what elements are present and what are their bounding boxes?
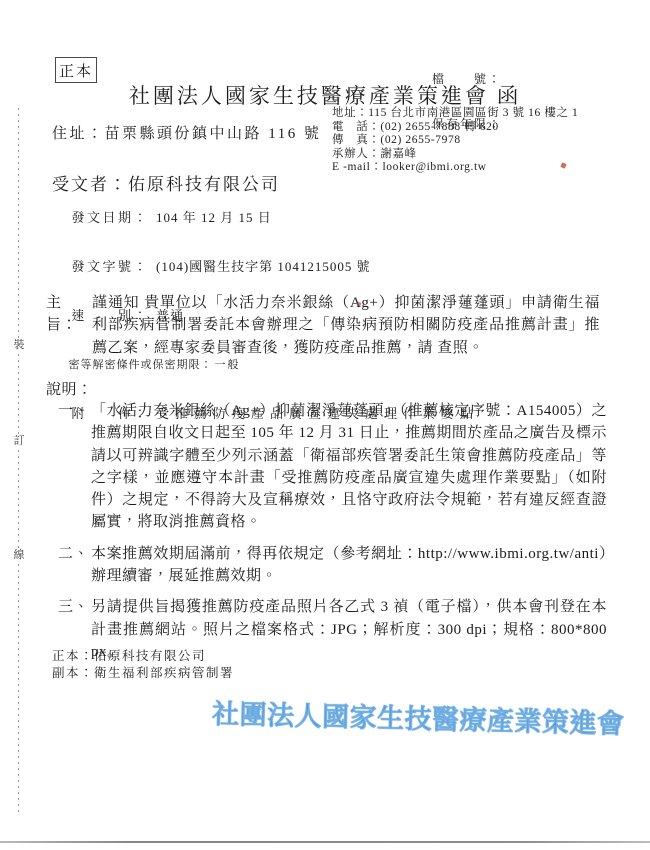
item-2-text: 本案推薦效期屆滿前，得再依規定（參考網址：http://www.ibmi.org… xyxy=(91,543,607,588)
item-1-text: 「水活力奈米銀絲（Ag+）抑菌潔淨蓮蓬頭」（推薦核定序號：A154005）之推薦… xyxy=(91,400,607,534)
issue-date-value: 104 年 12 月 15 日 xyxy=(156,210,272,225)
contact-phone: 電 話：(02) 2655-7888 轉 620 xyxy=(332,121,578,135)
reference-number-label: 發文字號： xyxy=(72,259,150,274)
scanned-official-letter: 裝 訂 線 正本 檔 號： 保存年限： 社團法人國家生技醫療產業策進會 函 住址… xyxy=(0,0,650,850)
recipient-line: 受文者：佑原科技有限公司 xyxy=(52,170,280,195)
binding-mark-ding: 訂 xyxy=(11,434,27,448)
distribution-block: 正本：佑原科技有限公司 副本：衛生福利部疾病管制署 xyxy=(52,648,234,681)
contact-block: 地址：115 台北市南港區園區街 3 號 16 樓之 1 電 話：(02) 26… xyxy=(332,107,578,175)
sender-address: 住址：苗栗縣頭份鎮中山路 116 號 xyxy=(52,122,321,143)
binding-mark-xian: 線 xyxy=(11,548,27,562)
contact-address: 地址：115 台北市南港區園區街 3 號 16 樓之 1 xyxy=(332,107,578,121)
original-recipient-line: 正本：佑原科技有限公司 xyxy=(52,648,234,665)
item-1-number: 一、 xyxy=(58,400,91,534)
description-items: 一、 「水活力奈米銀絲（Ag+）抑菌潔淨蓮蓬頭」（推薦核定序號：A154005）… xyxy=(58,400,624,672)
binding-mark-zhuang: 裝 xyxy=(11,338,27,352)
contact-email: E -mail：looker@ibmi.org.tw xyxy=(332,161,578,175)
scan-paper-edge xyxy=(0,841,650,843)
contact-fax: 傳 真：(02) 2655-7978 xyxy=(332,134,578,148)
binding-dotted-line xyxy=(18,108,19,814)
issue-date-label: 發文日期： xyxy=(72,210,150,225)
subject-label: 主旨： xyxy=(46,292,92,359)
security-classification-label: 密等解密條件或保密期限： xyxy=(69,359,213,371)
description-label: 說明： xyxy=(46,378,93,399)
organization-stamp: 社團法人國家生技醫療產業策進會 xyxy=(212,692,633,741)
subject-paragraph: 主旨： 謹通知 貴單位以「水活力奈米銀絲（Ag+）抑菌潔淨蓮蓬頭」申請衛生福利部… xyxy=(46,292,606,359)
document-title: 社團法人國家生技醫療產業策進會 函 xyxy=(0,80,650,110)
reference-number-value: (104)國醫生技字第 1041215005 號 xyxy=(156,259,371,274)
subject-text: 謹通知 貴單位以「水活力奈米銀絲（Ag+）抑菌潔淨蓮蓬頭」申請衛生福利部疾病管制… xyxy=(92,292,600,359)
copy-recipient-line: 副本：衛生福利部疾病管制署 xyxy=(52,665,234,682)
contact-person: 承辦人：謝嘉峰 xyxy=(332,148,578,162)
security-classification-value: 一般 xyxy=(215,359,241,371)
reference-number-row: 發文字號：(104)國醫生技字第 1041215005 號 xyxy=(52,243,479,292)
item-2-number: 二、 xyxy=(58,543,91,588)
description-item-1: 一、 「水活力奈米銀絲（Ag+）抑菌潔淨蓮蓬頭」（推薦核定序號：A154005）… xyxy=(58,400,624,534)
description-item-2: 二、 本案推薦效期屆滿前，得再依規定（參考網址：http://www.ibmi.… xyxy=(58,543,624,588)
issue-date-row: 發文日期：104 年 12 月 15 日 xyxy=(52,194,479,243)
